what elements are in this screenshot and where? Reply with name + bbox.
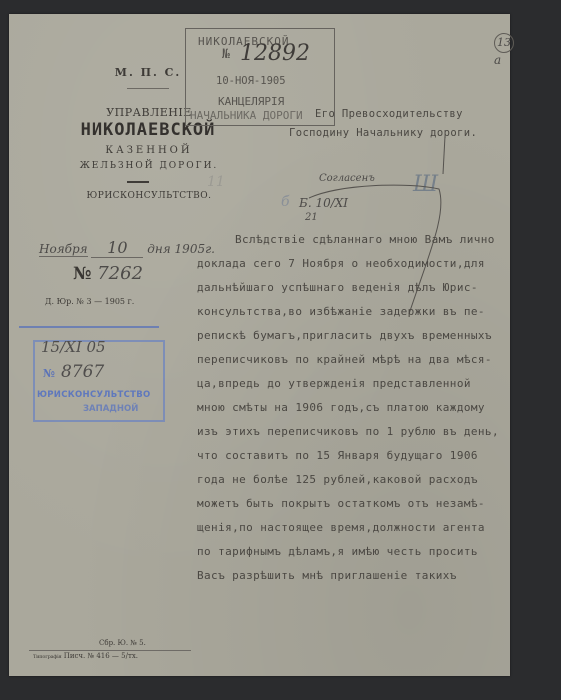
- body-line: по тарифнымъ дѣламъ,я имѣю честь просить: [197, 545, 478, 558]
- body-line: что составитъ по 15 Января будущаго 1906: [197, 449, 478, 462]
- body-line: дальнѣйшаго успѣшнаго веденія дѣлъ Юрис-: [197, 281, 478, 294]
- body-line: щенія,по настоящее время,должности агент…: [197, 521, 485, 534]
- body-line: года не болѣе 125 рублей,каковой расходъ: [197, 473, 478, 486]
- body-line: Вслѣдствіе сдѣланнаго мною Вамъ лично: [235, 233, 495, 246]
- printer-name: Типографія: [33, 654, 61, 660]
- body-line: переписчиковъ по крайней мѣрѣ на два мѣс…: [197, 353, 492, 366]
- print-info: Типографія Пиcч. № 416 — 5/тх.: [33, 652, 138, 660]
- body-line: ца,впредь до утвержденія представленной: [197, 377, 471, 390]
- body-line: консультства,во избѣжаніе задержки въ пе…: [197, 305, 485, 318]
- footer-rule: [29, 650, 191, 651]
- body-line: Васъ разрѣшить мнѣ приглашеніе такихъ: [197, 569, 457, 582]
- body-line: мною смѣты на 1906 годъ,съ платою каждом…: [197, 401, 485, 414]
- body-line: репискѣ бумагъ,пригласить двухъ временны…: [197, 329, 492, 342]
- form-number: Сбр. Ю. № 5.: [99, 639, 146, 647]
- body-line: доклада сего 7 Ноября о необходимости,дл…: [197, 257, 485, 270]
- document-page: М. П. С. УПРАВЛЕНІЕ НИКОЛАЕВСКОЙ КАЗЕННО…: [9, 14, 510, 676]
- body-line: можетъ быть покрытъ остаткомъ отъ незамѣ…: [197, 497, 485, 510]
- body-line: изъ этихъ переписчиковъ по 1 рублю въ де…: [197, 425, 499, 438]
- print-number: Пиcч. № 416 — 5/тх.: [64, 652, 138, 660]
